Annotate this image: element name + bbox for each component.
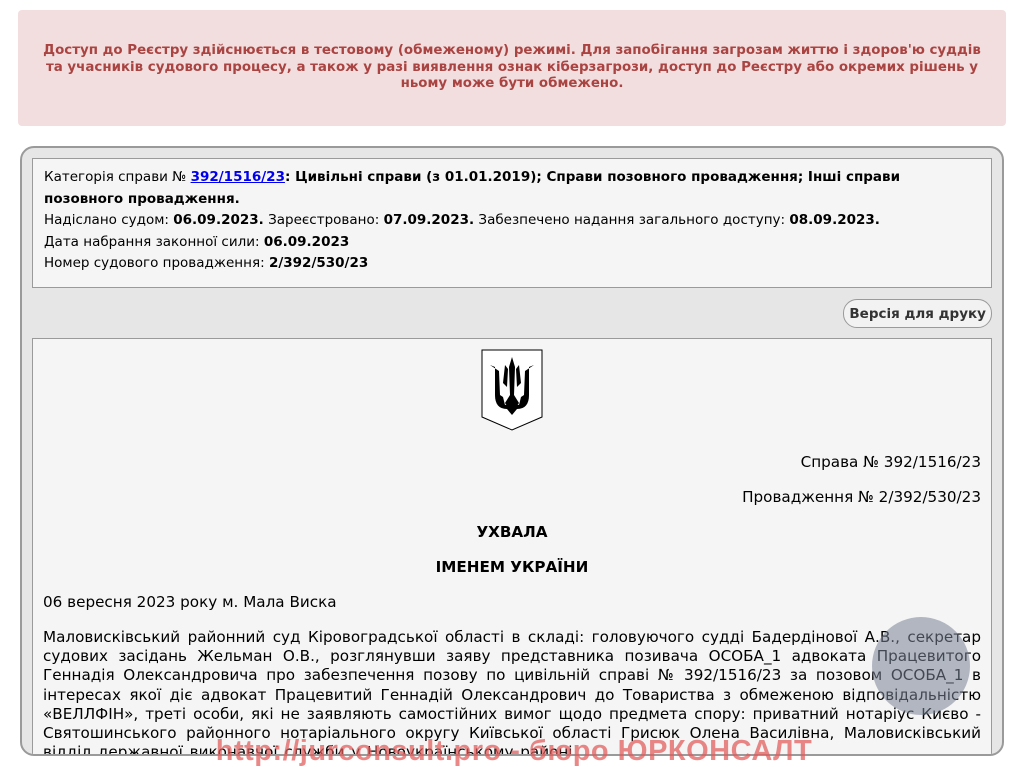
print-version-button[interactable]: Версія для друку [843, 299, 992, 328]
warning-text: Доступ до Реєстру здійснюється в тестово… [34, 43, 990, 93]
case-number-link[interactable]: 392/1516/23 [191, 169, 285, 185]
document-title: УХВАЛА [43, 523, 981, 542]
decision-container: Категорія справи № 392/1516/23: Цивільні… [20, 146, 1004, 756]
watermark-text: http://jurconsult.pro - бюро ЮРКОНСАЛТ [214, 734, 814, 767]
document-subtitle: ІМЕНЕМ УКРАЇНИ [43, 558, 981, 577]
decision-document: Справа № 392/1516/23 Провадження № 2/392… [32, 338, 992, 756]
date-place: 06 вересня 2023 року м. Мала Виска [43, 593, 981, 612]
case-dates: Надіслано судом: 06.09.2023. Зареєстрова… [44, 210, 980, 232]
legal-force-date: Дата набрання законної сили: 06.09.2023 [44, 232, 980, 254]
case-category: Категорія справи № 392/1516/23: Цивільні… [44, 167, 980, 210]
proceeding-number: Номер судового провадження: 2/392/530/23 [44, 253, 980, 275]
access-warning-banner: Доступ до Реєстру здійснюється в тестово… [18, 10, 1006, 126]
coat-of-arms-icon [481, 349, 543, 431]
case-info-panel: Категорія справи № 392/1516/23: Цивільні… [32, 158, 992, 288]
case-number-line: Справа № 392/1516/23 [43, 453, 981, 472]
proceeding-number-line: Провадження № 2/392/530/23 [43, 488, 981, 507]
watermark-logo-icon [872, 617, 970, 715]
